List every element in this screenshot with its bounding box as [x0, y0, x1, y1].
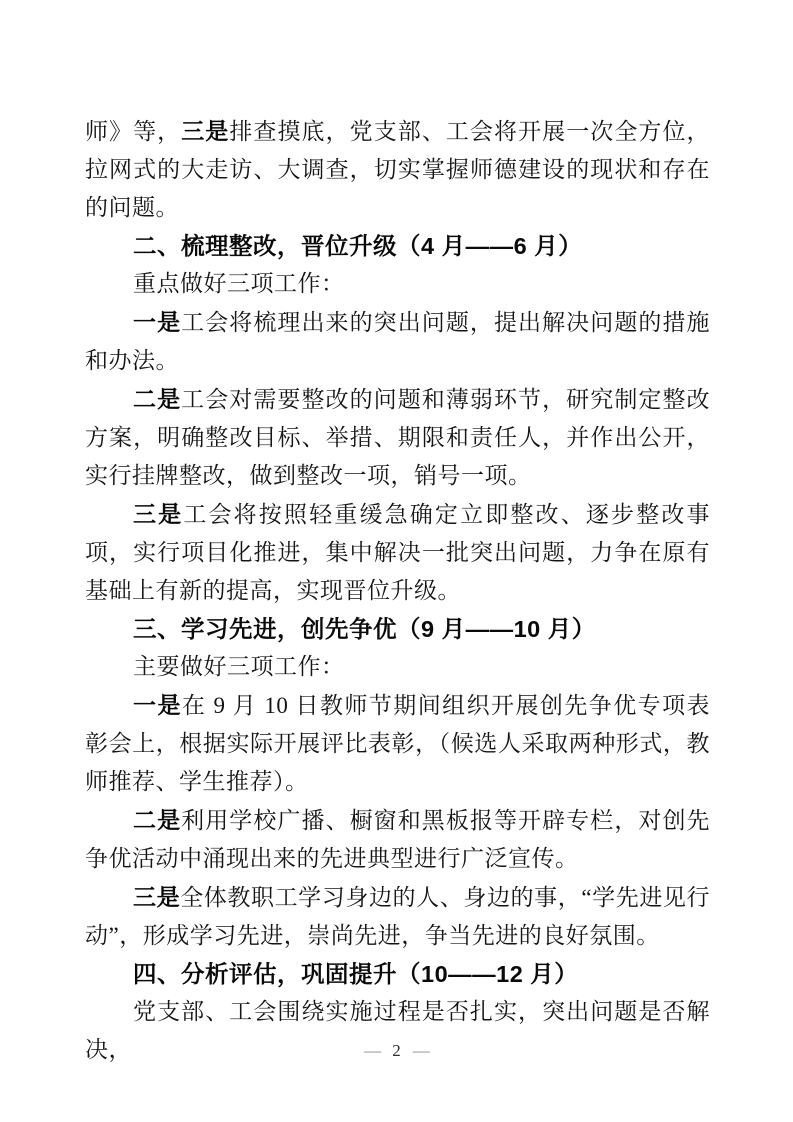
- section-heading: 四、分析评估，巩固提升（10——12 月）: [85, 955, 710, 993]
- emphasis-run: 三是: [181, 118, 229, 144]
- paragraph: 三是全体教职工学习身边的人、身边的事，“学先进见行动”，形成学习先进，崇尚先进，…: [85, 878, 710, 955]
- section-heading: 三、学习先进，创先争优（9 月——10 月）: [85, 610, 710, 648]
- paragraph: 一是在 9 月 10 日教师节期间组织开展创先争优专项表彰会上，根据实际开展评比…: [85, 686, 710, 801]
- text-run: 主要做好三项工作：: [133, 654, 345, 679]
- paragraph: 二是工会对需要整改的问题和薄弱环节，研究制定整改方案，明确整改目标、举措、期限和…: [85, 380, 710, 495]
- document-page: { "document": { "language": "zh-CN", "te…: [0, 0, 793, 1122]
- text-run: 重点做好三项工作：: [133, 271, 345, 296]
- emphasis-run: 三是: [133, 884, 180, 910]
- paragraph: 主要做好三项工作：: [85, 648, 710, 686]
- paragraph: 三是工会将按照轻重缓急确定立即整改、逐步整改事项，实行项目化推进，集中解决一批突…: [85, 495, 710, 610]
- page-number: 2: [392, 1041, 401, 1060]
- emphasis-run: 三是: [133, 501, 183, 527]
- emphasis-run: 一是: [133, 309, 181, 335]
- document-body: 师》等，三是排查摸底，党支部、工会将开展一次全方位，拉网式的大走访、大调查，切实…: [85, 112, 710, 1069]
- footer-right-dash: —: [413, 1041, 429, 1060]
- text-run: 师》等，: [85, 119, 181, 144]
- paragraph: 师》等，三是排查摸底，党支部、工会将开展一次全方位，拉网式的大走访、大调查，切实…: [85, 112, 710, 227]
- paragraph: 二是利用学校广播、橱窗和黑板报等开辟专栏，对创先争优活动中涌现出来的先进典型进行…: [85, 801, 710, 878]
- footer-left-dash: —: [364, 1041, 380, 1060]
- page-footer: —2—: [0, 1040, 793, 1062]
- emphasis-run: 二、梳理整改，晋位升级（4 月——6 月）: [133, 233, 582, 259]
- emphasis-run: 二是: [133, 386, 181, 412]
- paragraph: 重点做好三项工作：: [85, 265, 710, 303]
- emphasis-run: 二是: [133, 807, 181, 833]
- paragraph: 一是工会将梳理出来的突出问题，提出解决问题的措施和办法。: [85, 303, 710, 380]
- section-heading: 二、梳理整改，晋位升级（4 月——6 月）: [85, 227, 710, 265]
- emphasis-run: 一是: [133, 692, 182, 718]
- emphasis-run: 三、学习先进，创先争优（9 月——10 月）: [133, 616, 596, 642]
- emphasis-run: 四、分析评估，巩固提升（10——12 月）: [133, 961, 578, 987]
